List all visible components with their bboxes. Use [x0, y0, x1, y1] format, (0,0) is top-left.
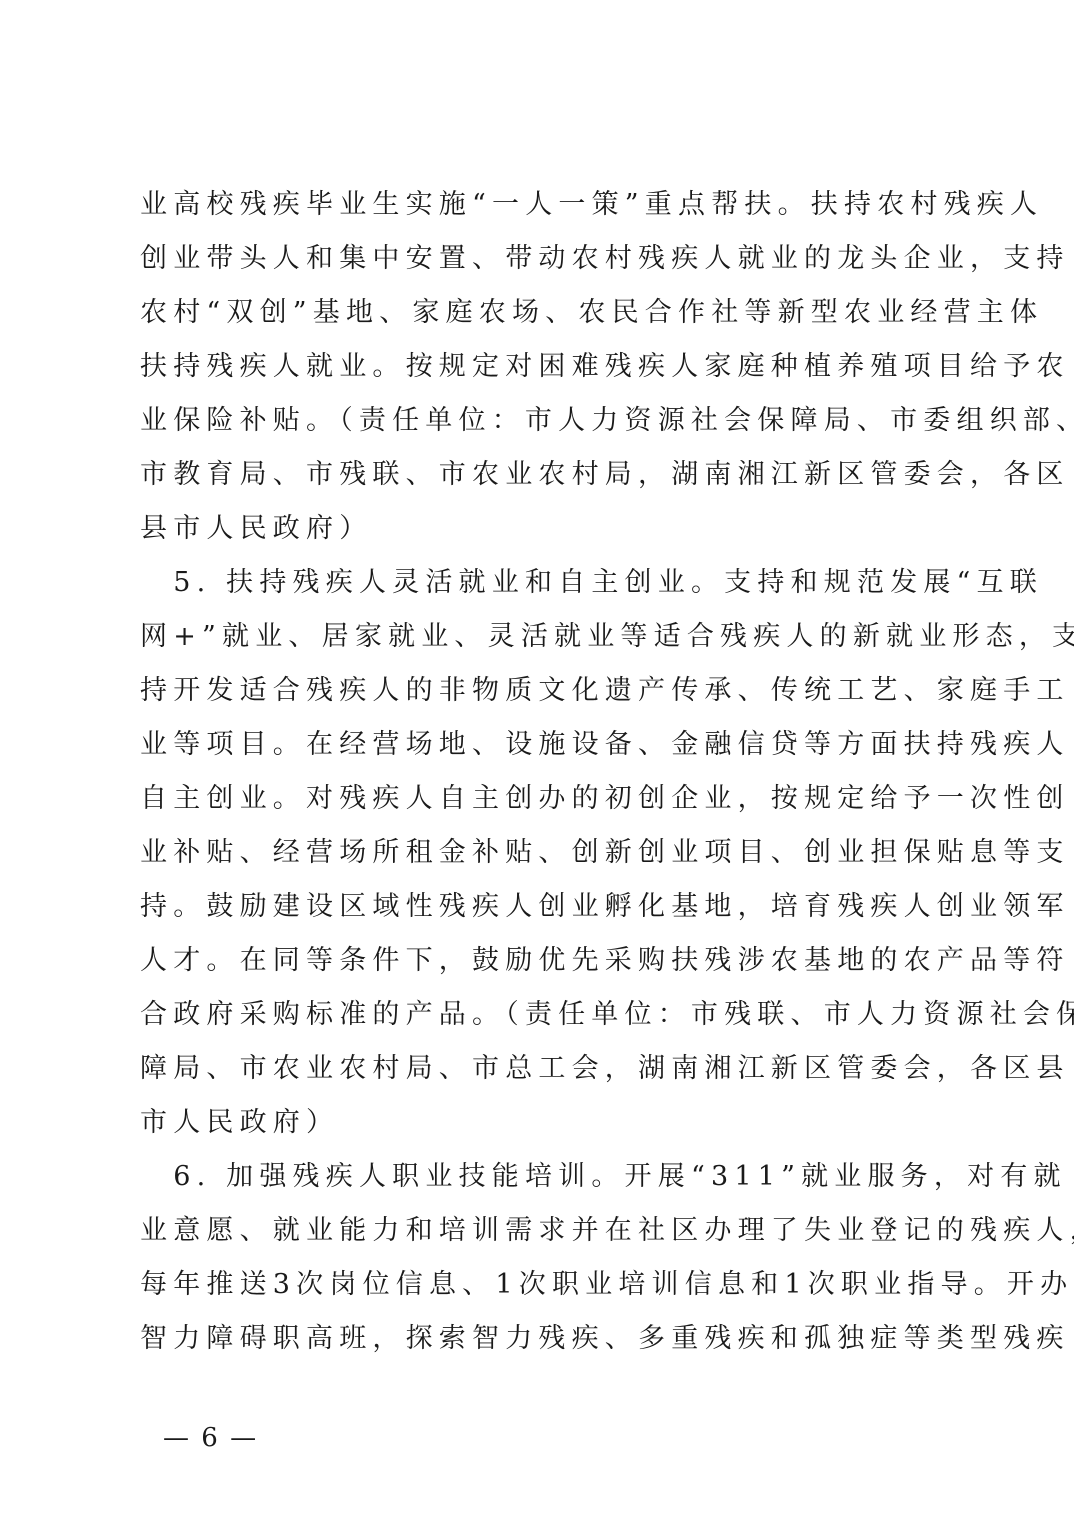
text-line: 市教育局、市残联、市农业农村局，湖南湘江新区管委会，各区 — [140, 448, 940, 502]
text-line: 网+”就业、居家就业、灵活就业等适合残疾人的新就业形态，支 — [140, 610, 940, 664]
document-body: 业高校残疾毕业生实施“一人一策”重点帮扶。扶持农村残疾人 创业带头人和集中安置、… — [140, 178, 940, 1366]
text-line: 障局、市农业农村局、市总工会，湖南湘江新区管委会，各区县 — [140, 1042, 940, 1096]
section-6-heading-line: 6. 加强残疾人职业技能培训。开展“311”就业服务，对有就 — [140, 1150, 940, 1204]
text-line: 人才。在同等条件下，鼓励优先采购扶残涉农基地的农产品等符 — [140, 934, 940, 988]
text-line: 农村“双创”基地、家庭农场、农民合作社等新型农业经营主体 — [140, 286, 940, 340]
text-line: 智力障碍职高班，探索智力残疾、多重残疾和孤独症等类型残疾 — [140, 1312, 940, 1366]
text-line: 业意愿、就业能力和培训需求并在社区办理了失业登记的残疾人， — [140, 1204, 940, 1258]
text-line: 县市人民政府） — [140, 502, 940, 556]
text-line: 每年推送3次岗位信息、1次职业培训信息和1次职业指导。开办 — [140, 1258, 940, 1312]
text-line: 合政府采购标准的产品。（责任单位：市残联、市人力资源社会保 — [140, 988, 940, 1042]
section-5-heading-line: 5. 扶持残疾人灵活就业和自主创业。支持和规范发展“互联 — [140, 556, 940, 610]
text-line: 业补贴、经营场所租金补贴、创新创业项目、创业担保贴息等支 — [140, 826, 940, 880]
text-line: 持。鼓励建设区域性残疾人创业孵化基地，培育残疾人创业领军 — [140, 880, 940, 934]
text-line: 市人民政府） — [140, 1096, 940, 1150]
text-line: 业保险补贴。（责任单位：市人力资源社会保障局、市委组织部、 — [140, 394, 940, 448]
text-line: 业高校残疾毕业生实施“一人一策”重点帮扶。扶持农村残疾人 — [140, 178, 940, 232]
text-line: 持开发适合残疾人的非物质文化遗产传承、传统工艺、家庭手工 — [140, 664, 940, 718]
page-number: — 6 — — [163, 1418, 258, 1458]
text-line: 自主创业。对残疾人自主创办的初创企业，按规定给予一次性创 — [140, 772, 940, 826]
text-line: 扶持残疾人就业。按规定对困难残疾人家庭种植养殖项目给予农 — [140, 340, 940, 394]
text-line: 业等项目。在经营场地、设施设备、金融信贷等方面扶持残疾人 — [140, 718, 940, 772]
text-line: 创业带头人和集中安置、带动农村残疾人就业的龙头企业，支持 — [140, 232, 940, 286]
